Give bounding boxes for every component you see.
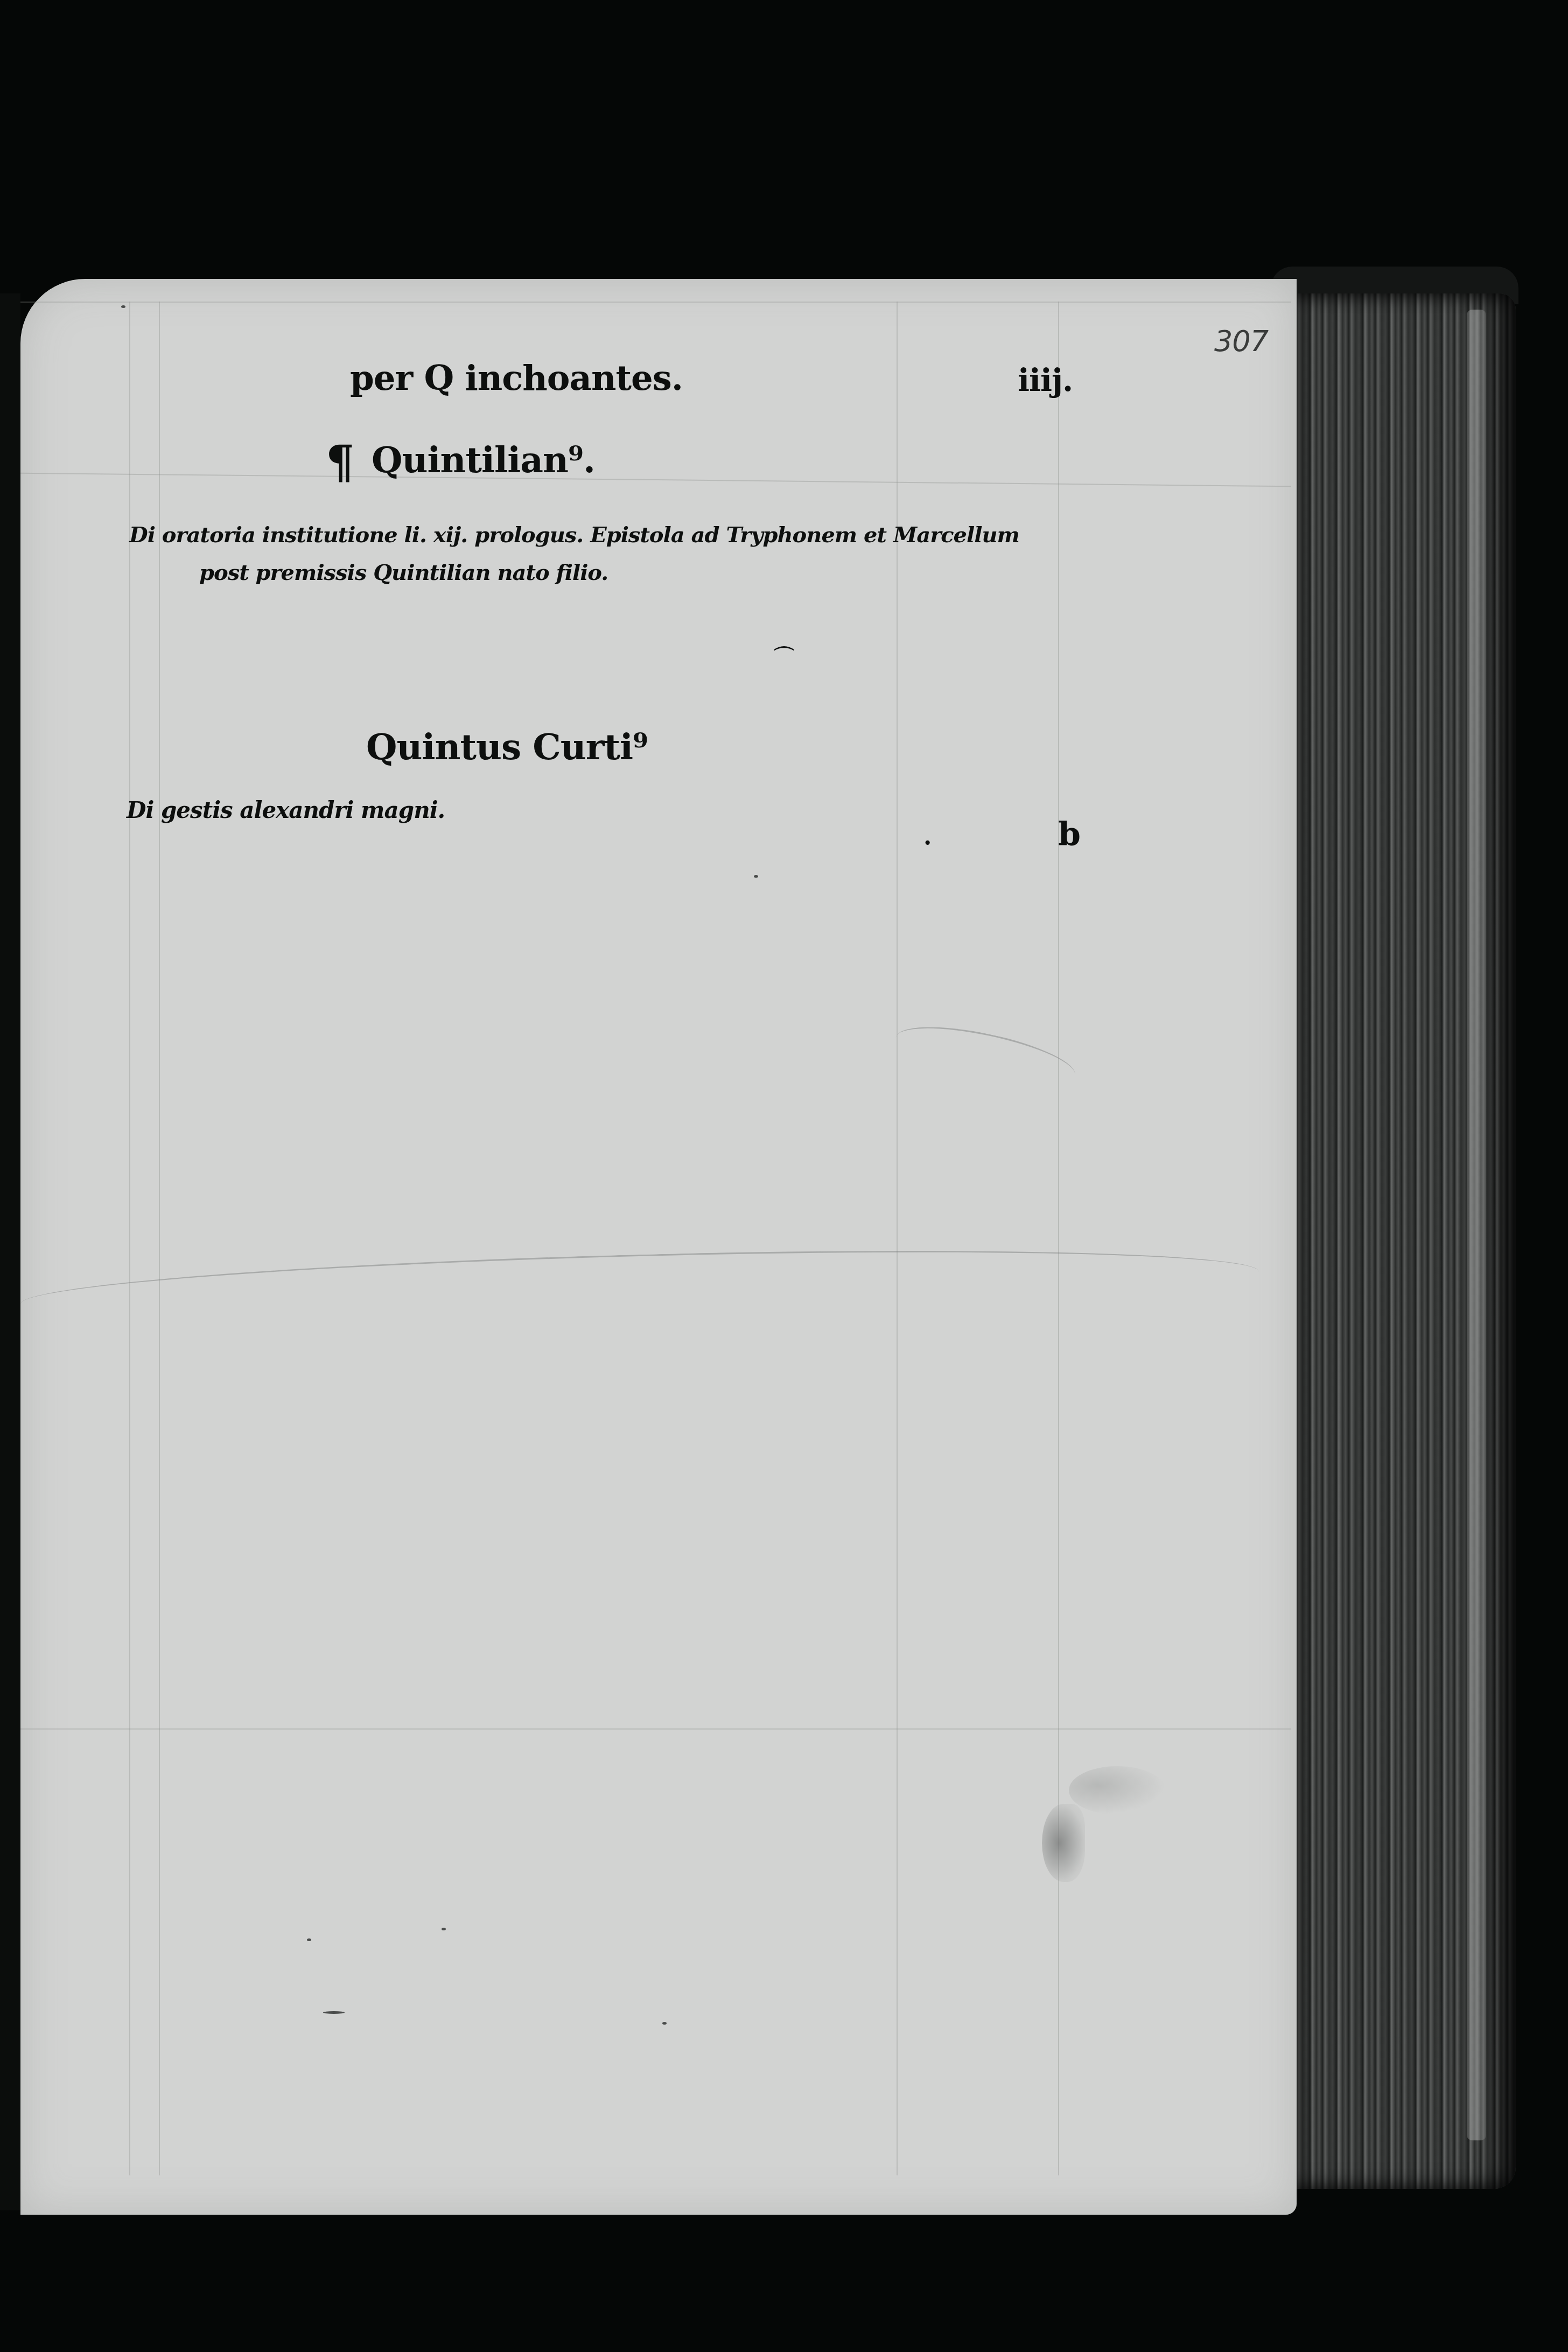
pilcrow-icon: ¶ <box>326 435 354 488</box>
dot-mark: · <box>923 829 931 857</box>
ink-stain <box>1042 1804 1085 1882</box>
ruling-line-top <box>20 302 1291 303</box>
speck <box>307 1938 311 1941</box>
ruling-line-margin <box>1058 302 1059 2175</box>
folio-roman-numeral: iiij. <box>1018 362 1073 398</box>
tilde-mark: ⏜ <box>774 646 794 671</box>
margin-letter-mark: b <box>1058 816 1080 853</box>
book-page-edges <box>1290 293 1516 2189</box>
author-heading-quintilian: Quintilian⁹. <box>372 439 595 481</box>
ink-stain-trail <box>1069 1766 1166 1815</box>
ruling-line-inner <box>159 302 160 2175</box>
entry-line: Di oratoria institutione li. xij. prolog… <box>129 522 1019 548</box>
speck <box>442 1928 446 1930</box>
running-title: per Q inchoantes. <box>350 358 683 398</box>
author-heading-curtius: Quintus Curti⁹ <box>366 726 648 768</box>
folio-number: 307 <box>1214 324 1268 358</box>
ruling-line-left <box>129 302 130 2175</box>
speck <box>121 305 125 308</box>
ruling-line-right <box>897 302 898 2175</box>
gutter-shadow <box>0 293 20 2210</box>
entry-line: Di gestis alexandri magni. <box>127 797 445 823</box>
speck <box>754 875 758 878</box>
speck <box>662 2022 667 2025</box>
entry-line: post premissis Quintilian nato filio. <box>199 560 608 585</box>
ruling-line-bottom <box>20 1728 1291 1730</box>
speck <box>323 2011 345 2014</box>
